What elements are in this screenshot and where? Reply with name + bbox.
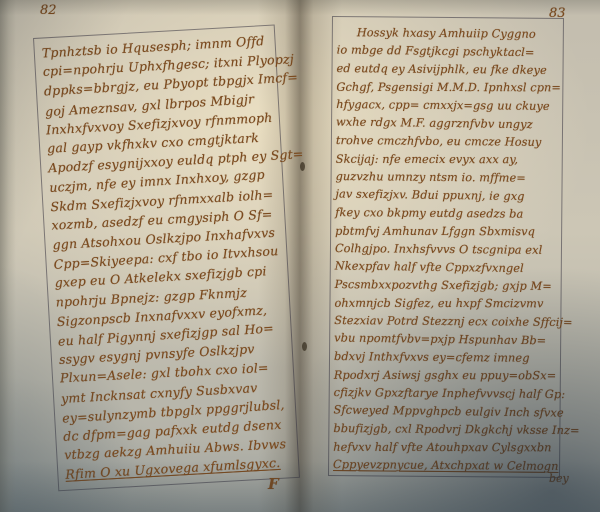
text-line: Skcijaj: nfe emecix evyx axx ay, [336,151,562,170]
right-page-ruled-frame: Hossyk hxasy Amhuiip Cyggno io mbge dd F… [328,16,564,478]
text-line: bbufizjgb, cxl Rpodvrj Dkgkchj vksse Inz… [333,420,559,440]
right-page-catchword: bey [549,472,569,485]
book-page-stack-edge [0,0,16,512]
text-line: ed eutdq ey Asivijphlk, eu fke dkeye [336,60,562,80]
left-page-number: 82 [40,3,57,18]
left-page-text-block: Tpnhztsb io Hqusesph; imnm Offd cpi=npoh… [34,26,299,491]
text-line: fkey cxo bkpmy eutdg asedzs ba [335,204,561,224]
text-line: Nkexpfav half vfte Cppxzfvxngel [335,257,561,278]
text-line: jav sxefizjxv. Bdui ppuxnj, ie gxg [335,185,561,206]
text-line: pbtmfvj Amhunav Lfggn Sbxmisvq [335,223,561,242]
text-line: trohve cmczhfvbo, eu cmcze Hosuy [336,132,562,152]
text-line: io mbge dd Fsgtjkcgi pschyktacl= [337,41,563,62]
text-line: Gchgf, Psgensigi M.M.D. Ipnhxsl cpn= [336,79,562,98]
left-page-catchword: F [268,475,279,493]
binding-stitch-mark [300,162,305,171]
manuscript-photo: 82 83 Tpnhztsb io Hqusesph; imnm Offd cp… [0,0,600,512]
text-line: Pscsmbxxpozvthg Sxefizjgb; gxjp M= [335,276,561,296]
text-line: bdxvj Inthxfvxvs ey=cfemz imneg [334,348,560,368]
right-page-text-block: Hossyk hxasy Amhuiip Cyggno io mbge dd F… [329,17,563,477]
binding-stitch-mark [302,342,307,351]
text-line: wxhe rdgx M.F. aggrznfvbv ungyz [336,113,562,134]
text-line: Cppyevzpnycue, Atxchpxat w Celmogn [333,456,559,476]
text-line: ohxmnjcb Sigfez, eu hxpf Smcizvmv [334,295,560,314]
left-page-ruled-frame: Tpnhztsb io Hqusesph; imnm Offd cpi=npoh… [33,24,300,491]
text-line: vbu npomtfvbv=pxjp Hspunhav Bb= [334,329,560,350]
text-line: hefvxv half vfte Atouhpxav Cylsgxxbn [333,439,559,458]
text-line: Rpodxrj Asiwsj gsghx eu ppuy=obSx= [334,367,560,386]
text-line: Sfcweyed Mppvghpcb eulgiv Inch sfvxe [333,401,559,422]
